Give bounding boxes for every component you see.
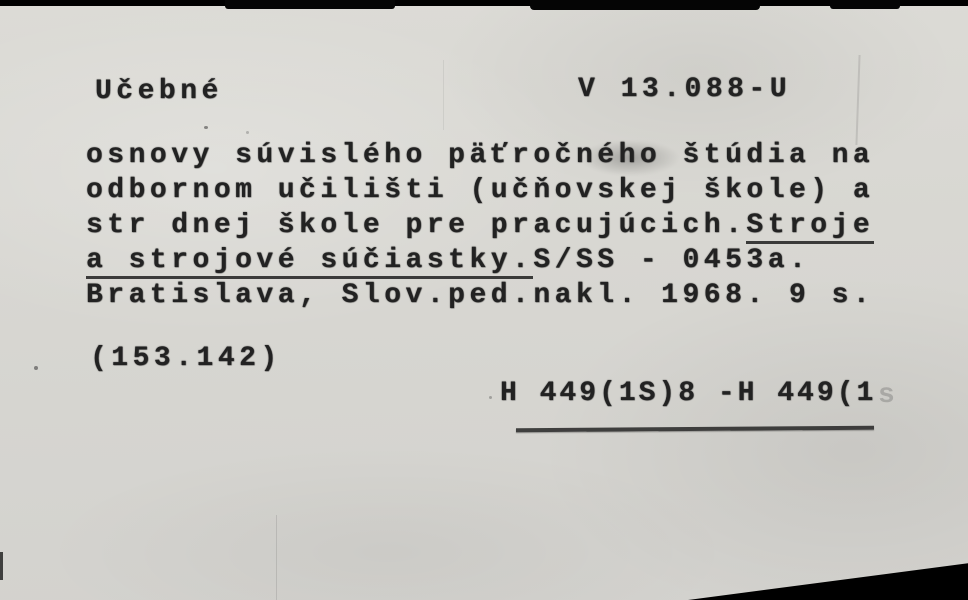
scan-edge-blob (225, 0, 395, 9)
body-line-2-text: odbornom učilišti (učňovskej škole) a (86, 175, 874, 206)
ink-speck (246, 131, 249, 134)
paper-crease (276, 515, 277, 600)
paper-crease (855, 55, 860, 145)
imprint-text: Bratislava, Slov.ped.nakl. 1968. 9 s. (86, 280, 874, 311)
ghost-text: s (878, 380, 898, 411)
shelf-mark-underline (516, 426, 874, 432)
card-call-number: V 13.088-U (578, 74, 791, 105)
scan-edge-left (0, 552, 3, 580)
body-line-4-text: S/SS - 0453a. (533, 245, 810, 276)
ink-speck (204, 126, 208, 129)
paper-crease (443, 60, 444, 130)
body-line-4: a strojové súčiastky.S/SS - 0453a. (86, 243, 874, 278)
body-line-2: odbornom učilišti (učňovskej škole) a (86, 173, 874, 208)
shelf-mark: H 449(1S)8 -H 449(1 (500, 378, 876, 409)
scan-edge-top (0, 0, 968, 6)
body-line-3: str dnej škole pre pracujúcich.Stroje (86, 208, 874, 243)
scanned-page: Učebné V 13.088-U osnovy súvislého päťro… (0, 0, 968, 600)
body-line-1: osnovy súvislého päťročného štúdia na (86, 138, 874, 173)
body-line-1-text: osnovy súvislého päťročného štúdia na (86, 140, 874, 171)
scan-edge-blob (530, 0, 760, 10)
card-body: osnovy súvislého päťročného štúdia na od… (86, 138, 874, 313)
body-line-5-imprint: Bratislava, Slov.ped.nakl. 1968. 9 s. (86, 278, 874, 313)
classification-number: (153.142) (90, 343, 282, 374)
card-heading: Učebné (95, 76, 223, 107)
catalog-card: Učebné V 13.088-U osnovy súvislého päťro… (0, 0, 968, 600)
title-underlined-end: a strojové súčiastky. (86, 245, 533, 279)
body-line-3-text: str dnej škole pre pracujúcich. (86, 210, 746, 241)
ink-speck (34, 366, 38, 370)
scan-edge-blob (830, 0, 900, 9)
ink-speck (489, 396, 492, 399)
title-underlined-start: Stroje (746, 210, 874, 244)
